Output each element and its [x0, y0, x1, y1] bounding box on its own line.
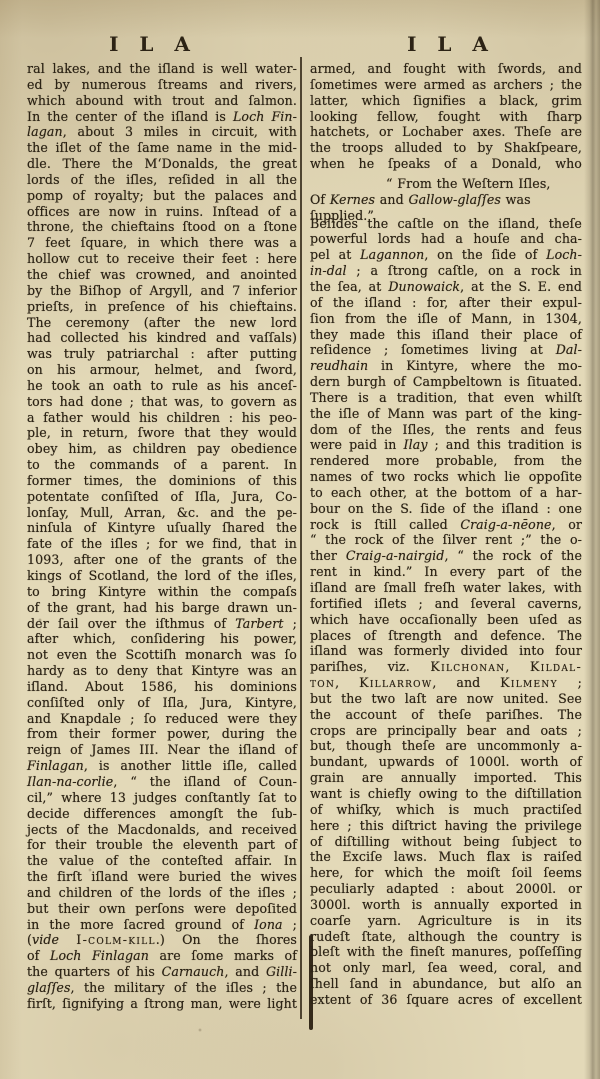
text-line: a father would his children : his peo-	[27, 410, 297, 426]
text-line: lagan, about 3 miles in circuit, with	[27, 124, 297, 140]
text-line: powerful lords had a houſe and cha-	[310, 231, 582, 247]
text-line: ſometimes were armed as archers ; the	[310, 77, 582, 93]
text-line: potentate conſiſted of Iſla, Jura, Co-	[27, 489, 297, 505]
text-line: the quarters of his Carnauch, and Gilli-	[27, 964, 297, 980]
text-line: was truly patriarchal : after putting	[27, 346, 297, 362]
text-line: the value of the conteſted affair. In	[27, 853, 297, 869]
text-line: obey him, as children pay obedience	[27, 441, 297, 457]
text-line: to the commands of a parent. In	[27, 457, 297, 473]
text-line: pel at Lagannon, on the ſide of Loch-	[310, 247, 582, 263]
text-line: of the iſland : for, after their expul-	[310, 295, 582, 311]
text-line: had collected his kindred and vaſſals)	[27, 330, 297, 346]
text-line: hardy as to deny that Kintyre was an	[27, 663, 297, 679]
column-divider-rule	[300, 57, 302, 1019]
text-line: iſland. About 1586, his dominions	[27, 679, 297, 695]
text-line: but, though theſe are uncommonly a-	[310, 738, 582, 754]
text-line: reudhain in Kintyre, where the mo-	[310, 358, 582, 374]
text-line: and Knapdale ; ſo reduced were they	[27, 711, 297, 727]
text-line: decide differences amongſt the ſub-	[27, 806, 297, 822]
text-line: reſidence ; ſometimes living at Dal-	[310, 342, 582, 358]
text-line: were paid in Ilay ; and this tradition i…	[310, 437, 582, 453]
text-line: the ſea, at Dunowaick, at the S. E. end	[310, 279, 582, 295]
text-line: bundant, upwards of 1000l. worth of	[310, 754, 582, 770]
text-line: hatchets, or Lochaber axes. Theſe are	[310, 124, 582, 140]
text-line: when he ſpeaks of a Donald, who	[310, 156, 582, 172]
running-head-left: I L A	[63, 31, 243, 57]
text-line: lords of the iſles, reſided in all the	[27, 172, 297, 188]
text-line: rudeſt ſtate, although the country is	[310, 929, 582, 945]
text-line: by the Biſhop of Argyll, and 7 inferior	[27, 283, 297, 299]
text-line: Beſides the caſtle on the iſland, theſe	[310, 216, 582, 232]
text-line: bleſt with the fineſt manures, poſſeſſin…	[310, 944, 582, 960]
text-line: jects of the Macdonalds, and received	[27, 822, 297, 838]
book-page: I L A I L A ral lakes, and the iſland is…	[0, 0, 600, 1079]
text-line: ther Craig-a-nairgid, “ the rock of the	[310, 548, 582, 564]
text-line: peculiarly adapted : about 2000l. or	[310, 881, 582, 897]
text-line: “ From the Weſtern Iſles,	[310, 176, 582, 192]
text-line: looking fellow, fought with ſharp	[310, 109, 582, 125]
text-line: Finlagan, is another little iſle, called	[27, 758, 297, 774]
text-line: on his armour, helmet, and ſword,	[27, 362, 297, 378]
text-line: cil,” where 13 judges conſtantly ſat to	[27, 790, 297, 806]
text-line: grain are annually imported. This	[310, 770, 582, 786]
text-line: which have occaſionally been uſed as	[310, 612, 582, 628]
text-line: der ſail over the iſthmus of Tarbert ;	[27, 616, 297, 632]
text-line: In the center of the iſland is Loch Fin-	[27, 109, 297, 125]
text-line: rent in kind.” In every part of the	[310, 564, 582, 580]
text-line: names of two rocks which lie oppoſite	[310, 469, 582, 485]
text-line: lonſay, Mull, Arran, &c. and the pe-	[27, 505, 297, 521]
text-line: they made this iſland their place of	[310, 327, 582, 343]
text-line: offices are now in ruins. Inſtead of a	[27, 204, 297, 220]
text-line: here, for which the moiſt ſoil ſeems	[310, 865, 582, 881]
text-line: after which, conſidering his power,	[27, 631, 297, 647]
text-line: Ilan-na-corlie, “ the iſland of Coun-	[27, 774, 297, 790]
verse-quotation: “ From the Weſtern Iſles,Of Kernes and G…	[310, 176, 582, 208]
text-line: not only marl, ſea weed, coral, and	[310, 960, 582, 976]
text-line: ninſula of Kintyre uſually ſhared the	[27, 520, 297, 536]
text-line: the troops alluded to by Shakſpeare,	[310, 140, 582, 156]
text-line: pomp of royalty; but the palaces and	[27, 188, 297, 204]
text-line: of Loch Finlagan are ſome marks of	[27, 948, 297, 964]
text-line: prieſts, in preſence of his chieftains.	[27, 299, 297, 315]
left-column: ral lakes, and the iſland is well water-…	[27, 61, 297, 1012]
text-line: pariſhes, viz. Kilchonan, Kildal-	[310, 659, 582, 675]
text-line: the Exciſe laws. Much flax is raiſed	[310, 849, 582, 865]
right-paragraph-2: Beſides the caſtle on the iſland, theſep…	[310, 216, 582, 1008]
text-line: armed, and fought with ſwords, and	[310, 61, 582, 77]
text-line: dern burgh of Campbeltown is ſituated.	[310, 374, 582, 390]
text-line: fate of the iſles ; for we find, that in	[27, 536, 297, 552]
text-line: 1093, after one of the grants of the	[27, 552, 297, 568]
text-line: 3000l. worth is annually exported in	[310, 897, 582, 913]
text-line: not even the Scottiſh monarch was ſo	[27, 647, 297, 663]
text-line: iſland are ſmall freſh water lakes, with	[310, 580, 582, 596]
right-paragraph-1: armed, and fought with ſwords, andſometi…	[310, 61, 582, 172]
text-line: of the grant, had his barge drawn un-	[27, 600, 297, 616]
text-line: to bring Kintyre within the compaſs	[27, 584, 297, 600]
text-line: coarſe yarn. Agriculture is in its	[310, 913, 582, 929]
text-line: latter, which ſignifies a black, grim	[310, 93, 582, 109]
text-line: conſiſted only of Iſla, Jura, Kintyre,	[27, 695, 297, 711]
text-line: former times, the dominions of this	[27, 473, 297, 489]
text-line: the firſt iſland were buried the wives	[27, 869, 297, 885]
text-line: but the two laſt are now united. See	[310, 691, 582, 707]
text-line: dom of the Iſles, the rents and feus	[310, 422, 582, 438]
text-line: want is chiefly owing to the diſtillatio…	[310, 786, 582, 802]
text-line: (vide I-colm-kill.) On the ſhores	[27, 932, 297, 948]
text-line: ral lakes, and the iſland is well water-	[27, 61, 297, 77]
running-head-right: I L A	[361, 31, 541, 57]
text-line: reign of James III. Near the iſland of	[27, 742, 297, 758]
text-line: rock is ſtill called Craig-a-nēone, or	[310, 517, 582, 533]
text-line: of diſtilling without being ſubject to	[310, 834, 582, 850]
text-line: throne, the chieftains ſtood on a ſtone	[27, 219, 297, 235]
left-column-text: ral lakes, and the iſland is well water-…	[27, 61, 297, 1012]
text-line: bour on the S. ſide of the iſland : one	[310, 501, 582, 517]
text-line: ed by numerous ſtreams and rivers,	[27, 77, 297, 93]
text-line: for their trouble the eleventh part of	[27, 837, 297, 853]
text-line: which abound with trout and ſalmon.	[27, 93, 297, 109]
text-line: firſt, ſignifying a ſtrong man, were lig…	[27, 996, 297, 1012]
text-line: There is a tradition, that even whilſt	[310, 390, 582, 406]
text-line: ple, in return, ſwore that they would	[27, 425, 297, 441]
text-line: ſion from the iſle of Mann, in 1304,	[310, 311, 582, 327]
text-line: kings of Scotland, the lord of the iſles…	[27, 568, 297, 584]
text-line: iſland was formerly divided into four	[310, 643, 582, 659]
text-line: fortified iſlets ; and ſeveral caverns,	[310, 596, 582, 612]
right-column: armed, and fought with ſwords, andſometi…	[310, 61, 582, 1008]
text-line: Of Kernes and Gallow-glaſſes was ſupplie…	[310, 192, 582, 208]
text-line: extent of 36 ſquare acres of excellent	[310, 992, 582, 1008]
text-line: The ceremony (after the new lord	[27, 315, 297, 331]
text-line: ton, Killarrow, and Kilmeny ;	[310, 675, 582, 691]
text-line: 7 feet ſquare, in which there was a	[27, 235, 297, 251]
text-line: tors had done ; that was, to govern as	[27, 394, 297, 410]
text-line: glaſſes, the military of the iſles ; the	[27, 980, 297, 996]
text-line: of whiſky, which is much practiſed	[310, 802, 582, 818]
text-line: he took an oath to rule as his anceſ-	[27, 378, 297, 394]
text-line: in-dal ; a ſtrong caſtle, on a rock in	[310, 263, 582, 279]
text-line: hollow cut to receive their feet : here	[27, 251, 297, 267]
text-line: the iſlet of the ſame name in the mid-	[27, 140, 297, 156]
text-line: the account of theſe pariſhes. The	[310, 707, 582, 723]
text-line: “ the rock of the ſilver rent ;” the o-	[310, 532, 582, 548]
text-line: from their former power, during the	[27, 726, 297, 742]
text-line: crops are principally bear and oats ;	[310, 723, 582, 739]
text-line: and children of the lords of the iſles ;	[27, 885, 297, 901]
text-line: dle. There the M‘Donalds, the great	[27, 156, 297, 172]
text-line: rendered more probable, from the	[310, 453, 582, 469]
text-line: but their own perſons were depoſited	[27, 901, 297, 917]
text-line: places of ſtrength and defence. The	[310, 628, 582, 644]
page-edge-shadow	[584, 0, 600, 1079]
text-line: in the more ſacred ground of Iona ;	[27, 917, 297, 933]
text-line: here ; this diſtrict having the privileg…	[310, 818, 582, 834]
text-line: the chief was crowned, and anointed	[27, 267, 297, 283]
text-line: to each other, at the bottom of a har-	[310, 485, 582, 501]
text-line: ſhell ſand in abundance, but alſo an	[310, 976, 582, 992]
text-line: the iſle of Mann was part of the king-	[310, 406, 582, 422]
